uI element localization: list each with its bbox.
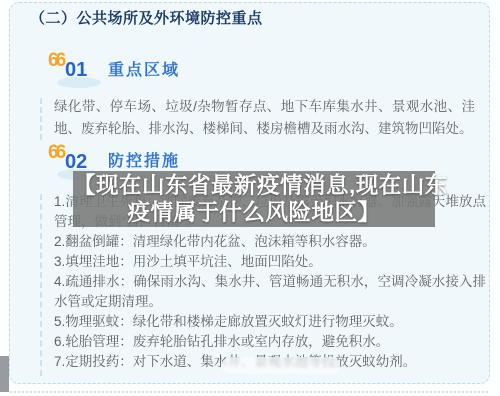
- caption-overlay: 【现在山东省最新疫情消息,现在山东 疫情属于什么风险地区】: [73, 171, 435, 227]
- list-item: 5.物理驱蚊：绿化带和楼梯走廊放置灭蚊灯进行物理灭蚊。: [54, 312, 486, 332]
- dashed-guide-line: [40, 98, 42, 140]
- double-quote-icon: 66: [48, 143, 63, 162]
- bottom-dotted-line: [10, 391, 488, 393]
- list-item: 2.翻盆倒罐：清理绿化带内花盆、泡沫箱等积水容器。: [54, 232, 486, 252]
- caption-line-2: 疫情属于什么风险地区】: [73, 199, 435, 226]
- list-item: 6.轮胎管理：废弃轮胎钻孔排水或室内存放，避免积水。: [54, 332, 486, 352]
- blur-smudge-artifact: [222, 357, 340, 374]
- section-number-2: 02: [65, 152, 87, 172]
- edge-gray-artifact: [0, 356, 9, 392]
- caption-line-1: 【现在山东省最新疫情消息,现在山东: [73, 172, 435, 199]
- section-number-1: 01: [65, 60, 87, 80]
- double-quote-icon: 66: [48, 51, 63, 70]
- key-areas-paragraph: 绿化带、停车场、垃圾/杂物暂存点、地下车库集水井、景观水池、洼地、废弃轮胎、排水…: [54, 96, 475, 140]
- page-title: （二）公共场所及外环境防控重点: [30, 7, 263, 28]
- dashed-guide-line: [40, 194, 42, 376]
- list-item: 3.填埋洼地：用沙土填平坑洼、地面凹陷处。: [54, 252, 486, 272]
- list-item: 4.疏通排水：确保雨水沟、集水井、管道畅通无积水，空调冷凝水接入排水管或定期清理…: [54, 272, 486, 312]
- section-title-key-areas: 重点区域: [108, 63, 180, 79]
- section-title-control-measures: 防控措施: [108, 154, 180, 170]
